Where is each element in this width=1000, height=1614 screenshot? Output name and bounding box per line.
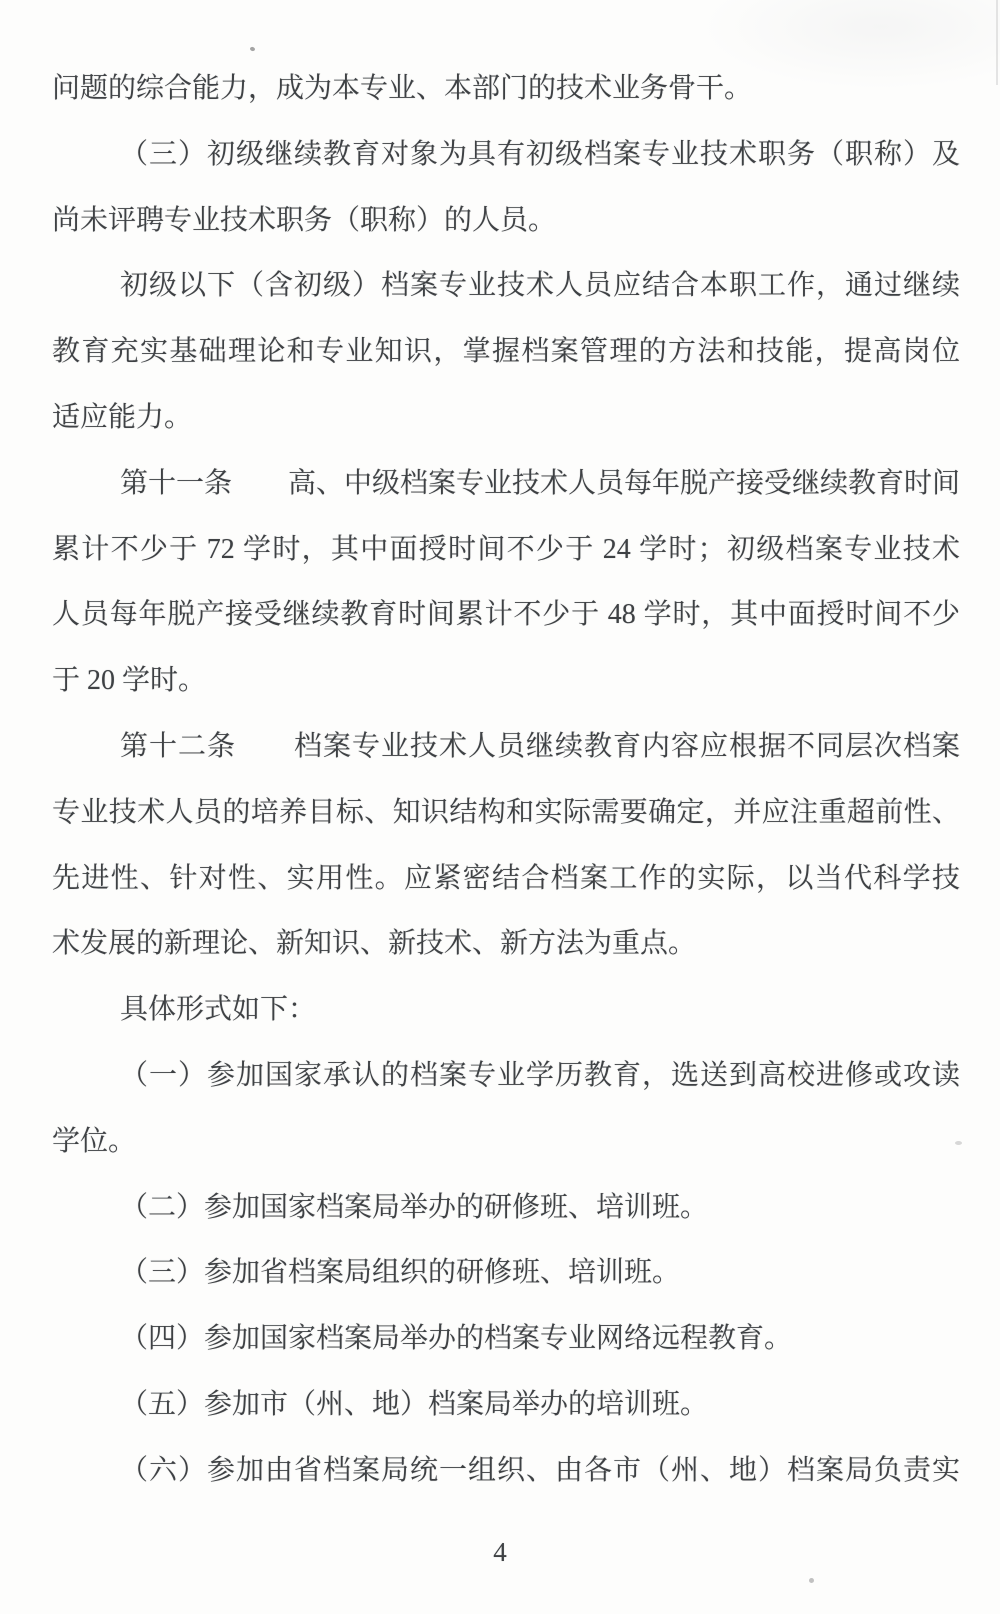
text-line: 累计不少于 72 学时，其中面授时间不少于 24 学时；初级档案专业技术 — [52, 517, 960, 583]
text-line: 术发展的新理论、新知识、新技术、新方法为重点。 — [52, 911, 960, 977]
text-line: 于 20 学时。 — [52, 648, 960, 714]
text-line: 学位。 — [52, 1109, 960, 1175]
text-line: 先进性、针对性、实用性。应紧密结合档案工作的实际，以当代科学技 — [52, 846, 960, 912]
text-line: 适应能力。 — [52, 385, 960, 451]
text-line: 尚未评聘专业技术职务（职称）的人员。 — [52, 188, 960, 254]
text-line: 初级以下（含初级）档案专业技术人员应结合本职工作，通过继续 — [52, 253, 960, 319]
text-line: （五）参加市（州、地）档案局举办的培训班。 — [52, 1372, 960, 1438]
text-line: 人员每年脱产接受继续教育时间累计不少于 48 学时，其中面授时间不少 — [52, 582, 960, 648]
text-line: （六）参加由省档案局统一组织、由各市（州、地）档案局负责实 — [52, 1438, 960, 1504]
scan-artifact-edge-line — [996, 0, 998, 85]
text-line: 第十二条 档案专业技术人员继续教育内容应根据不同层次档案 — [52, 714, 960, 780]
text-line: 专业技术人员的培养目标、知识结构和实际需要确定，并应注重超前性、 — [52, 780, 960, 846]
text-line: 教育充实基础理论和专业知识，掌握档案管理的方法和技能，提高岗位 — [52, 319, 960, 385]
text-line: （一）参加国家承认的档案专业学历教育，选送到高校进修或攻读 — [52, 1043, 960, 1109]
scanned-document-page: 问题的综合能力，成为本专业、本部门的技术业务骨干。（三）初级继续教育对象为具有初… — [0, 0, 1000, 1614]
scan-speck — [249, 46, 255, 51]
text-line: （三）初级继续教育对象为具有初级档案专业技术职务（职称）及 — [52, 122, 960, 188]
scan-speck — [809, 1578, 814, 1583]
text-line: （二）参加国家档案局举办的研修班、培训班。 — [52, 1175, 960, 1241]
document-body-text: 问题的综合能力，成为本专业、本部门的技术业务骨干。（三）初级继续教育对象为具有初… — [52, 56, 960, 1504]
text-line: 具体形式如下： — [52, 977, 960, 1043]
text-line: （四）参加国家档案局举办的档案专业网络远程教育。 — [52, 1306, 960, 1372]
text-line: （三）参加省档案局组织的研修班、培训班。 — [52, 1240, 960, 1306]
page-number: 4 — [0, 1537, 1000, 1568]
text-line: 第十一条 高、中级档案专业技术人员每年脱产接受继续教育时间 — [52, 451, 960, 517]
text-line: 问题的综合能力，成为本专业、本部门的技术业务骨干。 — [52, 56, 960, 122]
